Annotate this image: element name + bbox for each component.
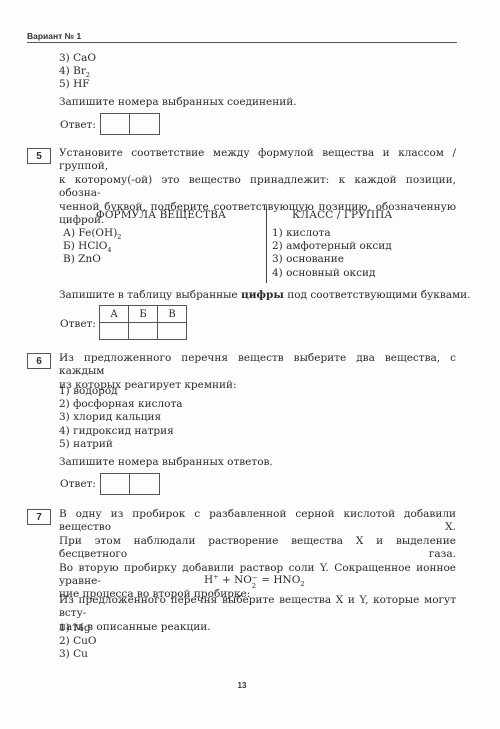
task6-option-5: 5) натрий <box>59 438 183 451</box>
task6-answer-field[interactable] <box>100 473 160 495</box>
task7-options: 1) Mg 2) CuO 3) Cu <box>59 622 97 662</box>
formula-list: А) Fe(OH)2 Б) HClO4 В) ZnO <box>63 227 121 267</box>
task6-option-2: 2) фосфорная кислота <box>59 398 183 411</box>
answer-cell-1[interactable] <box>101 474 130 494</box>
variant-title: Вариант № 1 <box>27 31 81 41</box>
class-item-2: 2) амфотерный оксид <box>272 240 392 253</box>
task7-option-2: 2) CuO <box>59 635 97 648</box>
formula-item-a: А) Fe(OH)2 <box>63 227 121 240</box>
class-item-4: 4) основный оксид <box>272 267 392 280</box>
task5-instruction: Запишите в таблицу выбранные цифры под с… <box>59 289 471 302</box>
class-list: 1) кислота 2) амфотерный оксид 3) основа… <box>272 227 392 280</box>
task6-options: 1) водород 2) фосфорная кислота 3) хлори… <box>59 385 183 451</box>
answer-cell-2[interactable] <box>130 474 159 494</box>
answer-header-v: В <box>158 306 187 323</box>
task4-option-5: 5) HF <box>59 78 96 91</box>
answer-cell-v[interactable] <box>158 323 187 340</box>
task6-answer-label: Ответ: <box>60 478 96 490</box>
task6-instruction: Запишите номера выбранных ответов. <box>59 456 273 469</box>
formula-column-header: ФОРМУЛА ВЕЩЕСТВА <box>96 209 226 222</box>
task4-instruction: Запишите номера выбранных соединений. <box>59 96 297 109</box>
task7-text2: Из предложенного перечня выберите вещест… <box>59 594 456 634</box>
task-number-6: 6 <box>27 353 51 369</box>
task4-option-4: 4) Br2 <box>59 65 96 78</box>
column-divider <box>266 206 267 283</box>
page-number: 13 <box>0 681 484 690</box>
ionic-equation: H+ + NO−2 = HNO2 <box>204 574 304 587</box>
task5-answer-table[interactable]: А Б В <box>99 305 187 340</box>
formula-item-b: Б) HClO4 <box>63 240 121 253</box>
task7-option-3: 3) Cu <box>59 648 97 661</box>
formula-item-v: В) ZnO <box>63 253 121 266</box>
task4-option-3: 3) CaO <box>59 52 96 65</box>
class-item-3: 3) основание <box>272 253 392 266</box>
answer-cell-a[interactable] <box>100 323 129 340</box>
task-number-5: 5 <box>27 148 51 164</box>
answer-header-a: А <box>100 306 129 323</box>
task6-option-3: 3) хлорид кальция <box>59 411 183 424</box>
task7-text: В одну из пробирок с разбавленной серной… <box>59 508 456 602</box>
task4-answer-label: Ответ: <box>60 119 96 131</box>
answer-cell-b[interactable] <box>129 323 158 340</box>
task-number-7: 7 <box>27 509 51 525</box>
task7-option-1: 1) Mg <box>59 622 97 635</box>
answer-cell-2[interactable] <box>130 114 159 134</box>
task4-answer-field[interactable] <box>100 113 160 135</box>
task6-option-1: 1) водород <box>59 385 183 398</box>
page-header: Вариант № 1 <box>27 31 457 43</box>
class-item-1: 1) кислота <box>272 227 392 240</box>
answer-header-b: Б <box>129 306 158 323</box>
task5-answer-label: Ответ: <box>60 318 96 330</box>
task4-options: 3) CaO 4) Br2 5) HF <box>59 52 96 92</box>
class-column-header: КЛАСС / ГРУППА <box>292 209 392 222</box>
answer-cell-1[interactable] <box>101 114 130 134</box>
task6-option-4: 4) гидроксид натрия <box>59 425 183 438</box>
